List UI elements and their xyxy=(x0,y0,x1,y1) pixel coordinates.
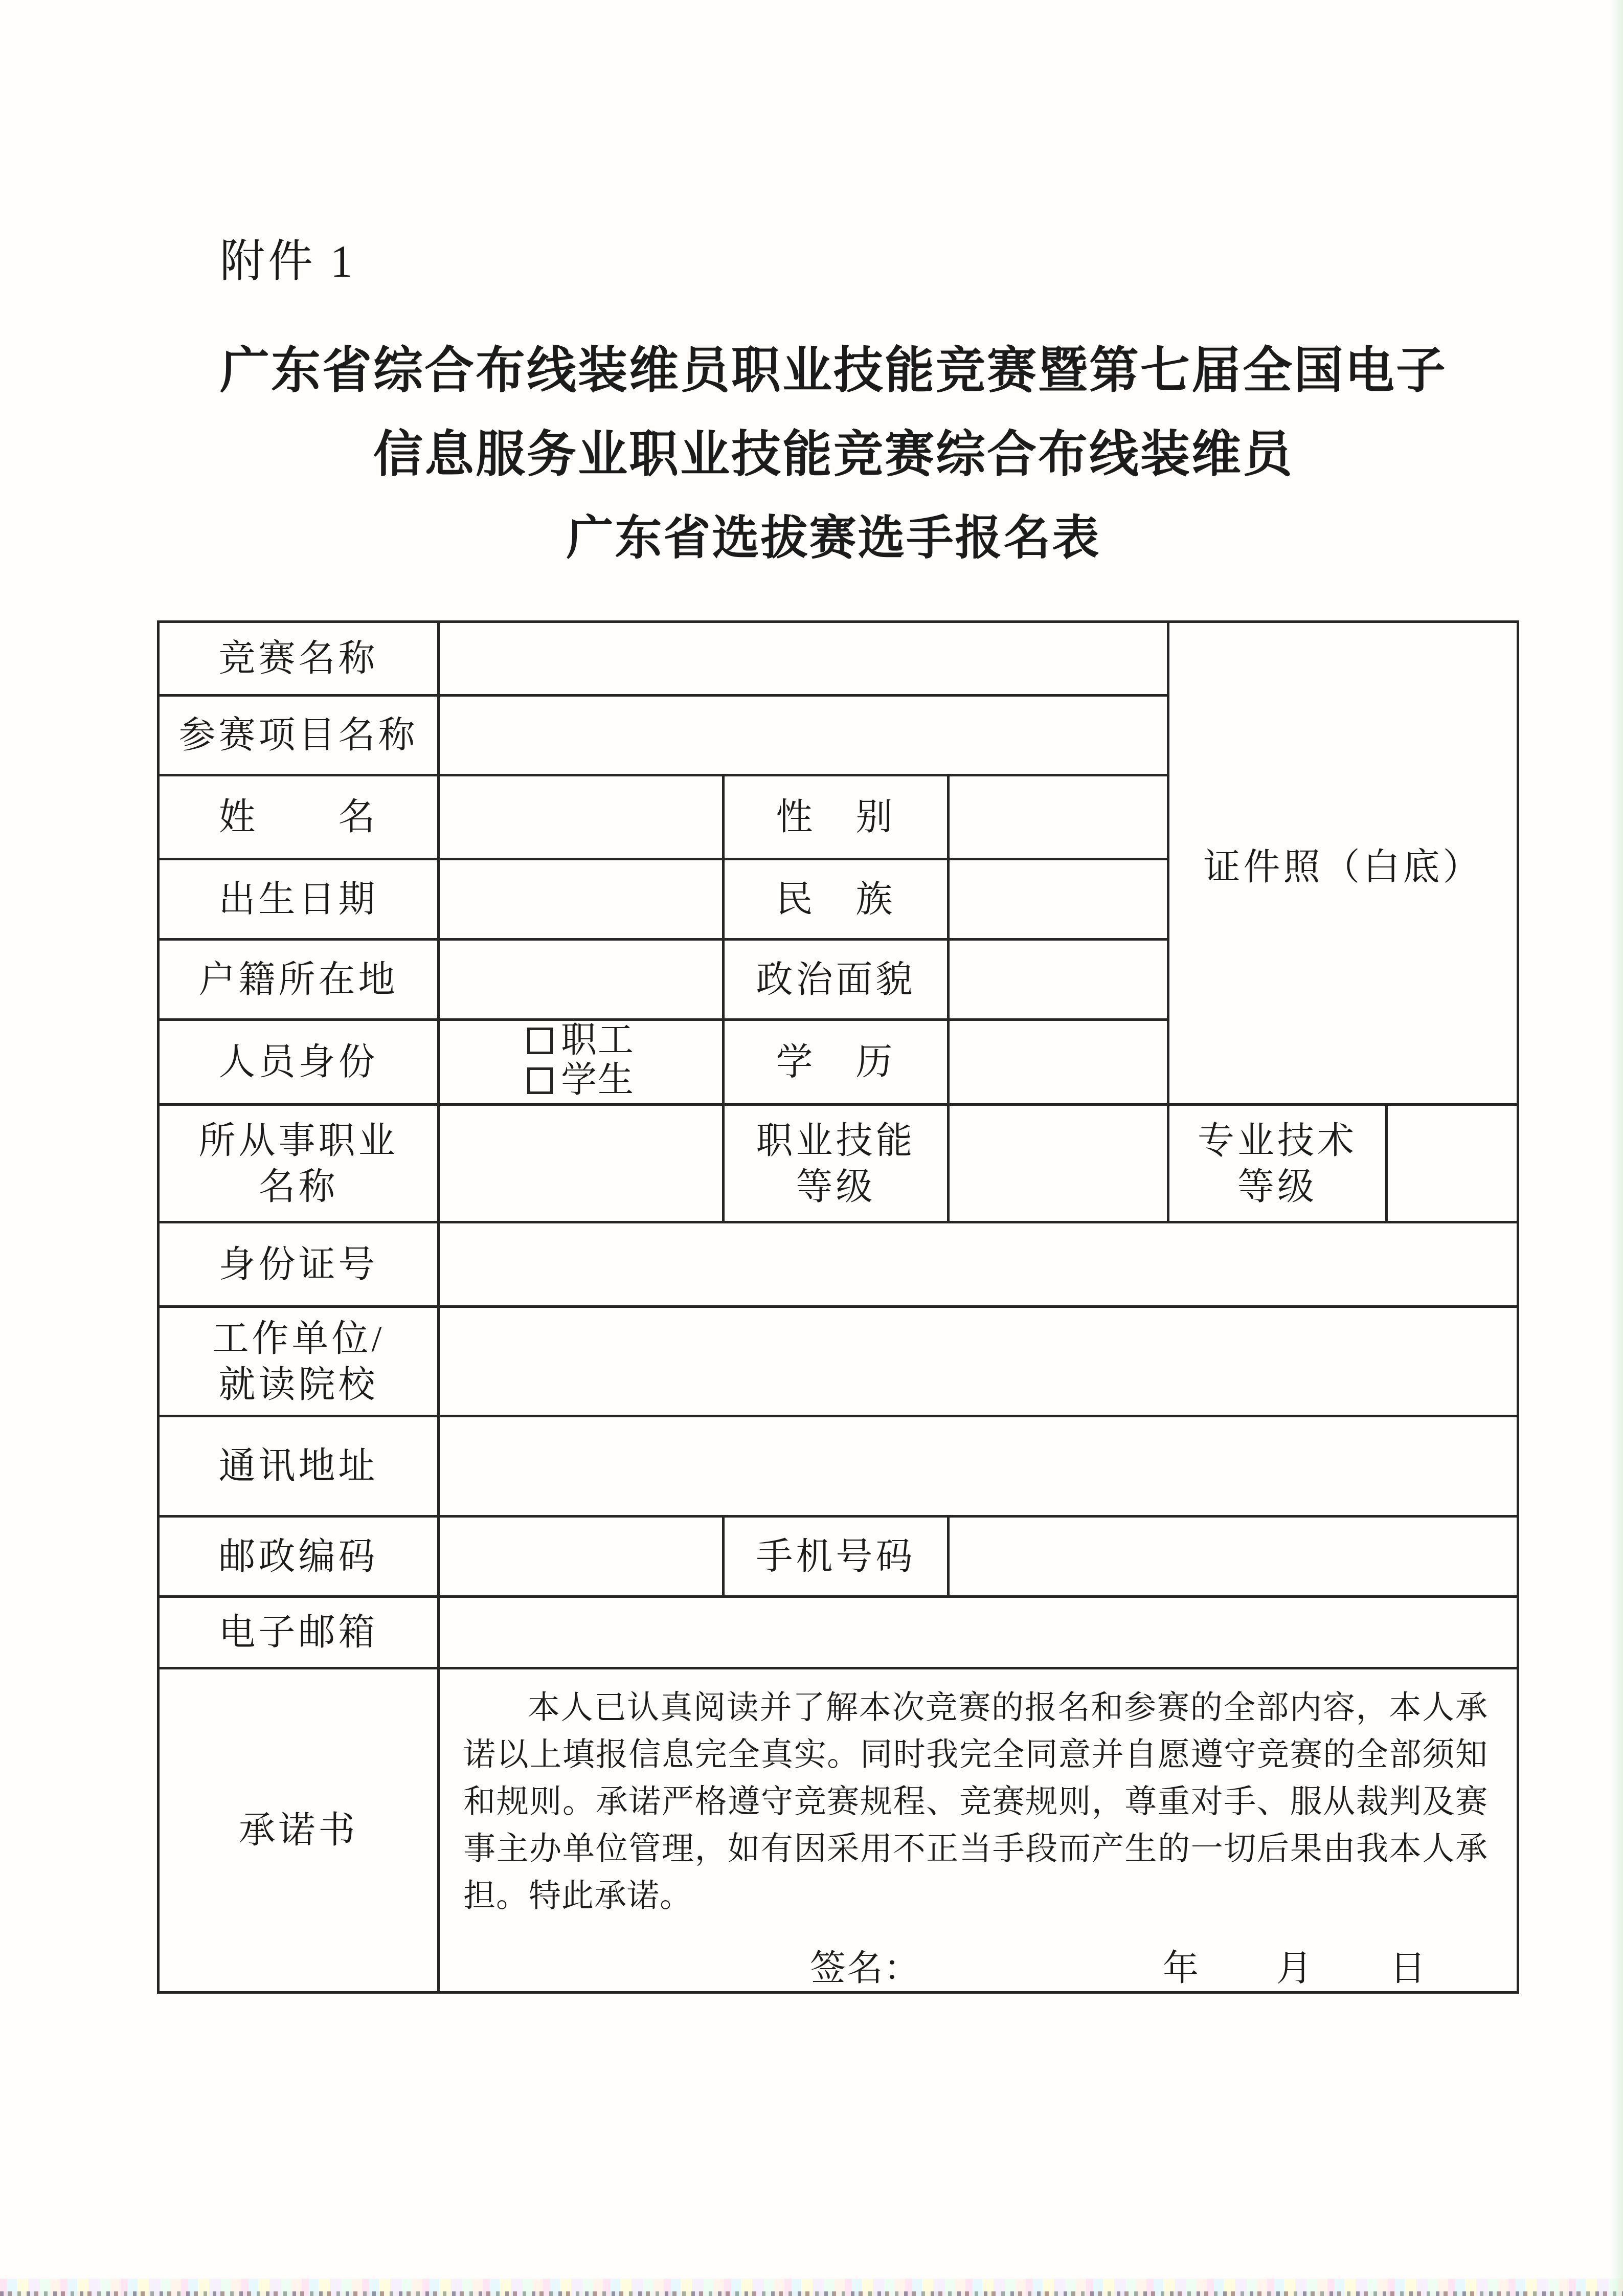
skill-level-label: 职业技能 等级 xyxy=(724,1105,949,1222)
date-year-label: 年 xyxy=(1163,1940,1200,1991)
row-competition-name: 竞赛名称 证件照（白底） xyxy=(159,622,1518,696)
identity-options-cell: 职工 学生 xyxy=(439,1020,724,1105)
address-label: 通讯地址 xyxy=(159,1416,439,1517)
scanned-form-page: 附件 1 广东省综合布线装维员职业技能竞赛暨第七届全国电子 信息服务业职业技能竞… xyxy=(0,0,1623,2296)
checkbox-worker-icon xyxy=(527,1028,553,1054)
workplace-field xyxy=(439,1307,1518,1416)
occupation-label-line1: 所从事职业 xyxy=(160,1118,437,1164)
mobile-field xyxy=(949,1517,1518,1597)
date-month-label: 月 xyxy=(1276,1940,1313,1991)
workplace-label: 工作单位/ 就读院校 xyxy=(159,1307,439,1416)
email-label: 电子邮箱 xyxy=(159,1597,439,1668)
political-status-label: 政治面貌 xyxy=(724,940,949,1020)
email-field xyxy=(439,1597,1518,1668)
education-label: 学 历 xyxy=(724,1020,949,1105)
occupation-label: 所从事职业 名称 xyxy=(159,1105,439,1222)
id-number-field xyxy=(439,1222,1518,1307)
residence-label: 户籍所在地 xyxy=(159,940,439,1020)
date-day-label: 日 xyxy=(1390,1940,1427,1991)
workplace-label-line2: 就读院校 xyxy=(160,1362,437,1408)
skill-level-field xyxy=(949,1105,1168,1222)
skill-level-label-line1: 职业技能 xyxy=(725,1118,947,1164)
title-line-2: 信息服务业职业技能竞赛综合布线装维员 xyxy=(82,412,1585,496)
pledge-cell: 本人已认真阅读并了解本次竞赛的报名和参赛的全部内容，本人承诺以上填报信息完全真实… xyxy=(439,1668,1518,1993)
address-field xyxy=(439,1416,1518,1517)
tech-level-label-line2: 等级 xyxy=(1169,1164,1385,1210)
postal-code-field xyxy=(439,1517,724,1597)
mobile-label: 手机号码 xyxy=(724,1517,949,1597)
ethnicity-label: 民 族 xyxy=(724,859,949,940)
tech-level-label: 专业技术 等级 xyxy=(1168,1105,1387,1222)
scan-edge-artifact xyxy=(1610,0,1623,2296)
row-occupation-levels: 所从事职业 名称 职业技能 等级 专业技术 等级 xyxy=(159,1105,1518,1222)
tech-level-field xyxy=(1387,1105,1518,1222)
date-group: 年 月 日 xyxy=(1163,1940,1427,1991)
identity-option-worker: 职工 xyxy=(527,1021,635,1061)
occupation-label-line2: 名称 xyxy=(160,1164,437,1210)
row-pledge: 承诺书 本人已认真阅读并了解本次竞赛的报名和参赛的全部内容，本人承诺以上填报信息… xyxy=(159,1668,1518,1993)
gender-label: 性 别 xyxy=(724,775,949,859)
id-number-label: 身份证号 xyxy=(159,1222,439,1307)
name-field xyxy=(439,775,724,859)
checkbox-student-icon xyxy=(527,1067,553,1094)
competition-name-label: 竞赛名称 xyxy=(159,622,439,696)
attachment-label: 附件 1 xyxy=(220,225,356,289)
birth-date-field xyxy=(439,859,724,940)
residence-field xyxy=(439,940,724,1020)
signature-line: 签名： 年 月 日 xyxy=(463,1940,1488,1991)
ethnicity-field xyxy=(949,859,1168,940)
occupation-field xyxy=(439,1105,724,1222)
competition-name-field xyxy=(439,622,1168,696)
registration-table: 竞赛名称 证件照（白底） 参赛项目名称 姓 名 性 别 出生日期 民 族 户籍所… xyxy=(157,620,1519,1994)
birth-date-label: 出生日期 xyxy=(159,859,439,940)
workplace-label-line1: 工作单位/ xyxy=(160,1316,437,1362)
gender-field xyxy=(949,775,1168,859)
pledge-text: 本人已认真阅读并了解本次竞赛的报名和参赛的全部内容，本人承诺以上填报信息完全真实… xyxy=(463,1684,1488,1919)
identity-option-student: 学生 xyxy=(527,1061,635,1101)
tech-level-label-line1: 专业技术 xyxy=(1169,1118,1385,1164)
education-field xyxy=(949,1020,1168,1105)
row-workplace: 工作单位/ 就读院校 xyxy=(159,1307,1518,1416)
title-line-3: 广东省选拔赛选手报名表 xyxy=(82,496,1585,580)
scan-noise-artifact xyxy=(0,2279,1623,2296)
row-address: 通讯地址 xyxy=(159,1416,1518,1517)
row-email: 电子邮箱 xyxy=(159,1597,1518,1668)
row-id-number: 身份证号 xyxy=(159,1222,1518,1307)
row-postal-mobile: 邮政编码 手机号码 xyxy=(159,1517,1518,1597)
pledge-title-label: 承诺书 xyxy=(159,1668,439,1993)
document-title: 广东省综合布线装维员职业技能竞赛暨第七届全国电子 信息服务业职业技能竞赛综合布线… xyxy=(82,328,1585,580)
political-status-field xyxy=(949,940,1168,1020)
identity-option-worker-label: 职工 xyxy=(561,1021,635,1061)
postal-code-label: 邮政编码 xyxy=(159,1517,439,1597)
photo-cell: 证件照（白底） xyxy=(1168,622,1518,1105)
signature-label: 签名： xyxy=(810,1940,920,1991)
skill-level-label-line2: 等级 xyxy=(725,1164,947,1210)
event-name-label: 参赛项目名称 xyxy=(159,696,439,775)
identity-label: 人员身份 xyxy=(159,1020,439,1105)
title-line-1: 广东省综合布线装维员职业技能竞赛暨第七届全国电子 xyxy=(82,328,1585,412)
event-name-field xyxy=(439,696,1168,775)
identity-option-student-label: 学生 xyxy=(561,1061,635,1101)
name-label: 姓 名 xyxy=(159,775,439,859)
